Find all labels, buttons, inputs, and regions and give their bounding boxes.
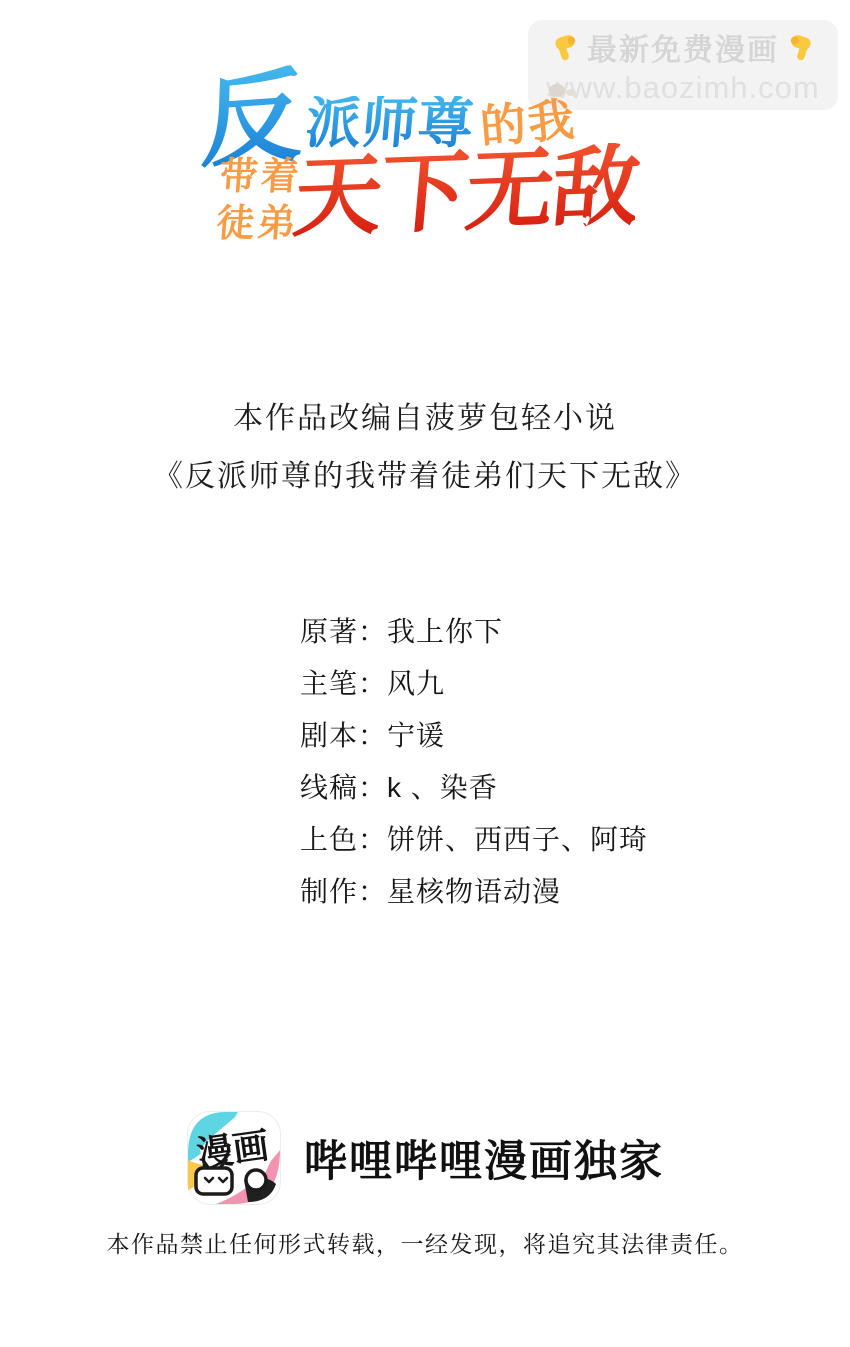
publisher-exclusive-label: 哔哩哔哩漫画独家	[304, 1128, 664, 1189]
credit-value: 我上你下	[387, 616, 503, 647]
logo-text-tudi: 徒弟	[215, 201, 300, 248]
pointing-down-hand-icon	[551, 32, 581, 62]
cloud-decoration	[549, 84, 565, 97]
credit-value: 饼饼、西西子、阿琦	[387, 824, 648, 855]
credit-label: 剧本：	[300, 720, 387, 751]
credit-row-production: 制作：星核物语动漫	[300, 866, 648, 918]
comic-credits-page: 最新免费漫画 www.baozimh.com 反 派师尊 的我 带着 徒弟 天下…	[0, 0, 850, 1347]
bilibili-comics-app-icon: 漫画	[186, 1110, 282, 1206]
credit-label: 制作：	[300, 876, 387, 907]
watermark-url: www.baozimh.com	[546, 70, 819, 106]
watermark-line1: 最新免费漫画	[551, 25, 815, 69]
watermark-banner: 最新免费漫画 www.baozimh.com	[528, 20, 838, 110]
credit-row-script: 剧本：宁谖	[300, 710, 648, 762]
credit-row-coloring: 上色：饼饼、西西子、阿琦	[300, 814, 648, 866]
watermark-text: 最新免费漫画	[587, 25, 779, 69]
publisher-row: 漫画 哔哩哔哩漫画独家	[0, 1110, 850, 1206]
credit-value: 宁谖	[387, 720, 445, 751]
credit-row-lineart: 线稿：k 、染香	[300, 762, 648, 814]
adaptation-note: 本作品改编自菠萝包轻小说 《反派师尊的我带着徒弟们天下无敌》	[0, 390, 850, 506]
logo-text-daizhe: 带着	[218, 154, 303, 201]
credit-label: 线稿：	[300, 772, 387, 803]
credits-list: 原著：我上你下 主笔：风九 剧本：宁谖 线稿：k 、染香 上色：饼饼、西西子、阿…	[300, 606, 648, 918]
credit-row-original-author: 原著：我上你下	[300, 606, 648, 658]
credit-label: 上色：	[300, 824, 387, 855]
credit-label: 主笔：	[300, 668, 387, 699]
adaptation-note-line1: 本作品改编自菠萝包轻小说	[0, 390, 850, 448]
disclaimer-text: 本作品禁止任何形式转载，一经发现，将追究其法律责任。	[0, 1226, 850, 1259]
pointing-down-hand-icon	[785, 32, 815, 62]
adaptation-note-line2: 《反派师尊的我带着徒弟们天下无敌》	[0, 448, 850, 506]
credit-label: 原著：	[300, 616, 387, 647]
credit-value: 星核物语动漫	[387, 876, 561, 907]
credit-row-lead-artist: 主笔：风九	[300, 658, 648, 710]
credit-value: 风九	[387, 668, 445, 699]
credit-value: k 、染香	[387, 772, 498, 803]
